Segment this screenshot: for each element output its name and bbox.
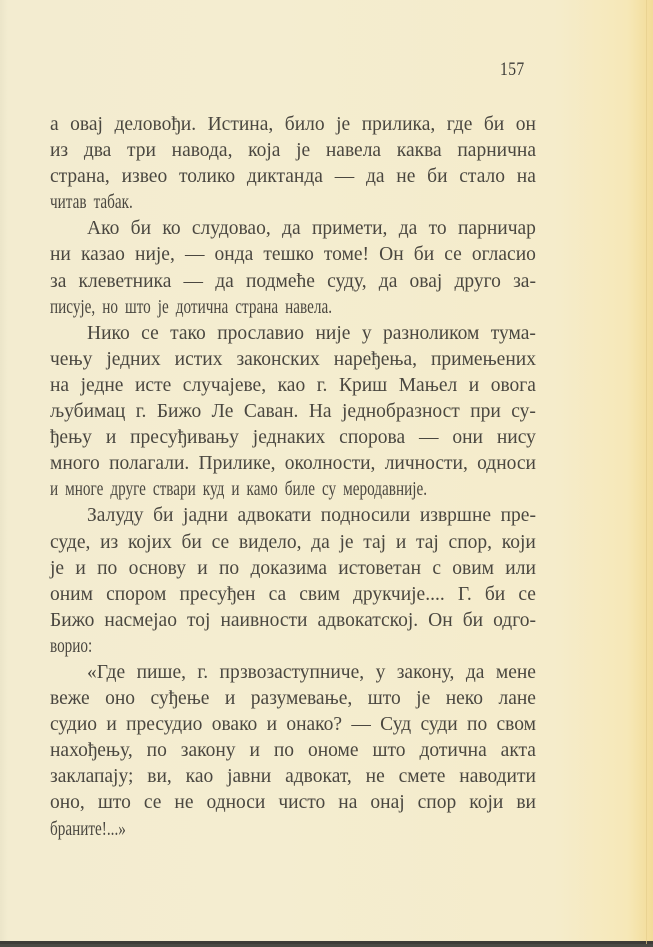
text-line: заклапају;ви,каојавниадвокат,несметенаво… — [50, 764, 536, 790]
page-number: 157 — [500, 59, 533, 81]
text-line: имногедругестварикудикамобилесумеродавни… — [50, 477, 536, 503]
text-line: писује,ноштоједотичнастрананавела. — [50, 295, 536, 321]
text-line: читавтабак. — [50, 190, 536, 216]
text-line: Залудубијадниадвокатиподносилиизвршнепре… — [50, 503, 536, 529]
text-line: ворио: — [50, 634, 536, 660]
paragraph: аовајделовођи.Истина,билојеприлика,гдеби… — [50, 112, 536, 216]
text-line: љубимацг.БижоЛеСаван.Наједнобразностприс… — [50, 399, 536, 425]
text-line: никазаоније,—ондатешкотоме!Онбисеогласио — [50, 242, 536, 268]
text-line: «Гдепише,г.прзвозаступниче,узакону,дамен… — [50, 660, 536, 686]
paragraph: Залудубијадниадвокатиподносилиизвршнепре… — [50, 503, 536, 660]
text-line: браните!...» — [50, 817, 536, 843]
scan-bottom-edge — [0, 941, 653, 944]
book-page: 157 аовајделовођи.Истина,билојеприлика,г… — [0, 0, 653, 944]
paragraph: Никосетакопрославионијеуразноликомтума-ч… — [50, 321, 536, 504]
text-line: нахођењу,позаконуипоономештодотичнаакта — [50, 738, 536, 764]
text-line: Никосетакопрославионијеуразноликомтума- — [50, 321, 536, 347]
text-line: аовајделовођи.Истина,билојеприлика,гдеби… — [50, 112, 536, 138]
text-line: суде,изкојихбисевидело,дајетајитајспор,к… — [50, 530, 536, 556]
text-line: заклеветника—даподмећесуду,даовајдругоза… — [50, 269, 536, 295]
text-line: онимспоромпресуђенсасвимдрукчије....Г.би… — [50, 582, 536, 608]
text-line: вежеоносуђењеиразумевање,штојенеколане — [50, 686, 536, 712]
body-text: аовајделовођи.Истина,билојеприлика,гдеби… — [50, 112, 536, 843]
text-line: чењуједнихистихзаконскихнаређења,примење… — [50, 347, 536, 373]
paragraph: Акобикослудовао,дапримети,датопарничарни… — [50, 216, 536, 320]
text-line: ђењуипресуђивањуједнакихспорова—онинису — [50, 425, 536, 451]
text-line: издватринавода,којајенавелакаквапарнична — [50, 138, 536, 164]
text-line: многополагали.Прилике,околности,личности… — [50, 451, 536, 477]
text-line: јеипоосновуиподоказимаистоветансовимили — [50, 556, 536, 582]
text-line: оно,штосенеодносичистонаонајспоркојиви — [50, 790, 536, 816]
text-line: наједнеистеслучајеве,каог.КришМањелиовог… — [50, 373, 536, 399]
paragraph: «Гдепише,г.прзвозаступниче,узакону,дамен… — [50, 660, 536, 843]
text-line: Бижонасмејаотојнаивностиадвокатској.Онби… — [50, 608, 536, 634]
text-line: судиоипресудиоовакоионако?—Судсудипосвом — [50, 712, 536, 738]
text-line: Акобикослудовао,дапримети,датопарничар — [50, 216, 536, 242]
text-line: страна,извеотоликодиктанда—данебисталона — [50, 164, 536, 190]
